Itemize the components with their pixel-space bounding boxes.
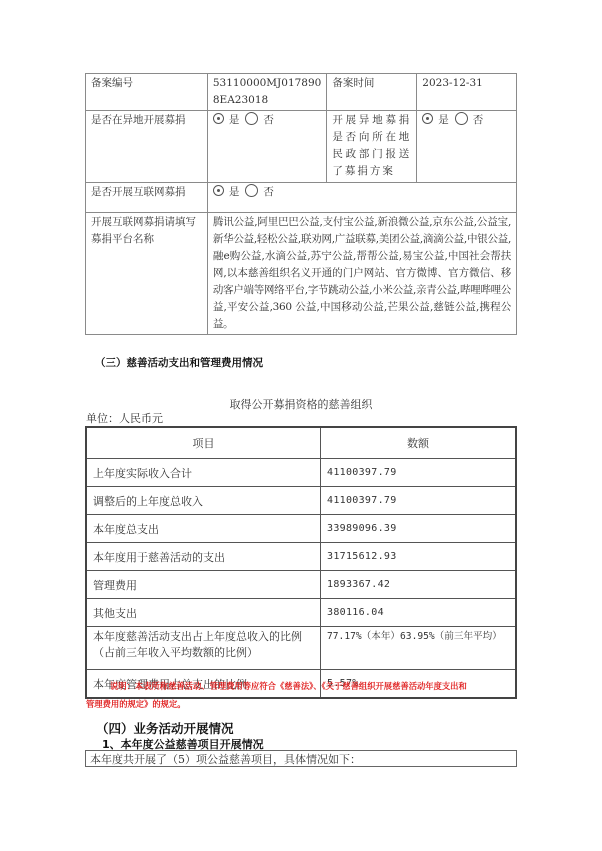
row-value: 41100397.79 <box>321 459 517 487</box>
table-row: 调整后的上年度总收入 41100397.79 <box>86 487 516 515</box>
table-row: 本年度总支出 33989096.39 <box>86 515 516 543</box>
internet-fundraising-label: 是否开展互联网募捐 <box>86 183 208 213</box>
row-value: 1893367.42 <box>321 571 517 599</box>
projects-summary: 本年度共开展了（5）项公益慈善项目，具体情况如下： <box>85 750 517 767</box>
radio-yes-selected-icon[interactable] <box>213 113 224 124</box>
row-label: 本年度慈善活动支出占上年度总收入的比例（占前三年收入平均数额的比例） <box>86 627 321 670</box>
row-label: 管理费用 <box>86 571 321 599</box>
registration-table: 备案编号 53110000MJ0178908EA23018 备案时间 2023-… <box>85 73 517 335</box>
table-row: 管理费用 1893367.42 <box>86 571 516 599</box>
row-label-sub: （占前三年收入平均数额的比例） <box>93 646 258 659</box>
radio-yes-label: 是 <box>438 114 450 126</box>
radio-yes-selected-icon[interactable] <box>213 185 224 196</box>
section-3-title: （三）慈善活动支出和管理费用情况 <box>95 355 263 370</box>
remote-plan-radio-group: 是否 <box>417 111 517 183</box>
filing-date-label: 备案时间 <box>327 74 417 111</box>
internet-fundraising-radio-group: 是否 <box>207 183 516 213</box>
row-value: 41100397.79 <box>321 487 517 515</box>
row-value: 31715612.93 <box>321 543 517 571</box>
row-label: 其他支出 <box>86 599 321 627</box>
currency-unit: 单位：人民币元 <box>86 410 163 426</box>
row-label: 调整后的上年度总收入 <box>86 487 321 515</box>
table-row: 其他支出 380116.04 <box>86 599 516 627</box>
column-header-item: 项目 <box>86 427 321 459</box>
table-row: 是否在异地开展募捐 是否 开展异地募捐是否向所在地民政部门报送了募捐方案 是否 <box>86 111 517 183</box>
remote-fundraising-radio-group: 是否 <box>207 111 327 183</box>
note-line-1: 说明：本表所称慈善活动、管理费用等应符合《慈善法》、《关于慈善组织开展慈善活动年… <box>110 677 540 695</box>
table-row: 上年度实际收入合计 41100397.79 <box>86 459 516 487</box>
table-row: 开展互联网募捐请填写募捐平台名称 腾讯公益,阿里巴巴公益,支付宝公益,新浪微公益… <box>86 213 517 335</box>
row-label: 上年度实际收入合计 <box>86 459 321 487</box>
note-line-2: 管理费用的规定》的规定。 <box>86 695 186 713</box>
filing-number-label: 备案编号 <box>86 74 208 111</box>
radio-yes-label: 是 <box>229 186 241 198</box>
row-label: 本年度总支出 <box>86 515 321 543</box>
row-value: 380116.04 <box>321 599 517 627</box>
platform-names-value: 腾讯公益,阿里巴巴公益,支付宝公益,新浪微公益,京东公益,公益宝,新华公益,轻松… <box>207 213 516 335</box>
section-4-title: （四）业务活动开展情况 <box>96 719 234 737</box>
radio-no-icon[interactable] <box>455 112 468 125</box>
row-label-main: 本年度慈善活动支出占上年度总收入的比例 <box>93 630 302 643</box>
row-value: 33989096.39 <box>321 515 517 543</box>
radio-no-icon[interactable] <box>245 112 258 125</box>
filing-number-line2: 8EA23018 <box>213 94 268 106</box>
radio-yes-selected-icon[interactable] <box>422 113 433 124</box>
radio-no-label: 否 <box>263 186 275 198</box>
remote-fundraising-label: 是否在异地开展募捐 <box>86 111 208 183</box>
remote-plan-reported-label: 开展异地募捐是否向所在地民政部门报送了募捐方案 <box>327 111 417 183</box>
radio-no-icon[interactable] <box>245 184 258 197</box>
table-row: 是否开展互联网募捐 是否 <box>86 183 517 213</box>
radio-yes-label: 是 <box>229 114 241 126</box>
platform-names-label: 开展互联网募捐请填写募捐平台名称 <box>86 213 208 335</box>
table-row: 备案编号 53110000MJ0178908EA23018 备案时间 2023-… <box>86 74 517 111</box>
column-header-amount: 数额 <box>321 427 517 459</box>
table-row: 本年度用于慈善活动的支出 31715612.93 <box>86 543 516 571</box>
radio-no-label: 否 <box>263 114 275 126</box>
radio-no-label: 否 <box>473 114 485 126</box>
table-row: 本年度慈善活动支出占上年度总收入的比例（占前三年收入平均数额的比例） 77.17… <box>86 627 516 670</box>
row-value: 77.17%（本年）63.95%（前三年平均） <box>321 627 517 670</box>
filing-number-value: 53110000MJ0178908EA23018 <box>207 74 327 111</box>
row-label: 本年度用于慈善活动的支出 <box>86 543 321 571</box>
expenditure-table: 项目 数额 上年度实际收入合计 41100397.79 调整后的上年度总收入 4… <box>85 426 517 699</box>
table-header-row: 项目 数额 <box>86 427 516 459</box>
filing-number-line1: 53110000MJ017890 <box>213 77 322 89</box>
filing-date-value: 2023-12-31 <box>417 74 517 111</box>
